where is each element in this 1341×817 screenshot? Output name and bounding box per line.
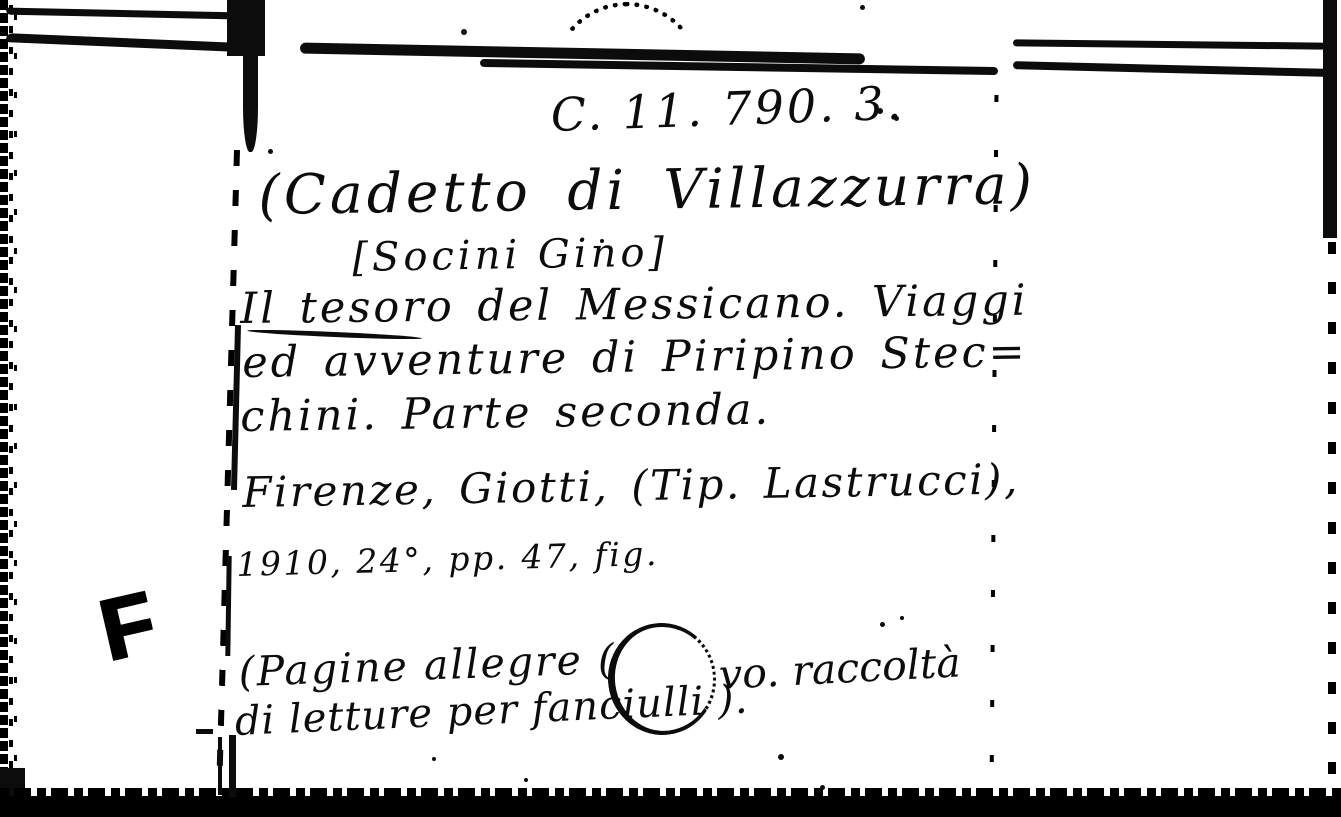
scan-left-border: [0, 0, 18, 817]
scan-speck: [894, 116, 899, 121]
top-left-rule-1: [6, 8, 236, 20]
scan-speck: [432, 757, 436, 761]
scan-speck: [778, 754, 784, 760]
scan-speck: [900, 616, 904, 620]
scan-speck: [860, 5, 865, 10]
scan-right-border-dashes: [1328, 242, 1336, 802]
top-right-rule-2: [1013, 61, 1327, 77]
scan-right-border-bar: [1323, 0, 1337, 238]
letter-f-stamp: F: [91, 578, 162, 674]
card-left-edge-solid-2: [225, 556, 231, 656]
title-line-3: chini. Parte seconda.: [240, 389, 771, 439]
imprint-line-2: 1910, 24°, pp. 47, fig.: [236, 537, 659, 581]
scan-speck: [880, 622, 885, 627]
title-line-2: ed avventure di Piripino Stec=: [242, 331, 1028, 385]
pseudonym-heading: (Cadetto di Villazzurra): [258, 157, 1036, 223]
scanned-catalog-card: C. 11. 790. 3. (Cadetto di Villazzurra) …: [0, 0, 1341, 817]
series-note-line-1-right: vo. raccoltà: [718, 642, 962, 696]
scan-speck: [600, 239, 604, 243]
author-real-name: [Socini Gino]: [352, 232, 668, 278]
imprint-line-1: Firenze, Giotti, (Tip. Lastrucci),: [242, 458, 1020, 514]
top-right-rule-1: [1013, 39, 1325, 49]
scan-speck: [268, 149, 273, 154]
scan-speck: [877, 108, 883, 114]
top-left-rule-2: [6, 33, 238, 52]
bottom-double-bar-1: [218, 737, 222, 795]
bottom-dash-mark: [196, 729, 213, 734]
scan-speck: [461, 29, 467, 35]
round-stamp-arc: [552, 0, 702, 32]
scan-speck: [524, 778, 528, 782]
scan-bottom-border: [0, 796, 1341, 817]
scan-speck: [820, 785, 825, 790]
card-left-edge-top-stem: [243, 52, 258, 152]
shelf-mark: C. 11. 790. 3.: [550, 80, 905, 138]
title-line-1: Il tesoro del Messicano. Viaggi: [240, 280, 1029, 331]
top-left-corner-blob: [227, 0, 265, 56]
